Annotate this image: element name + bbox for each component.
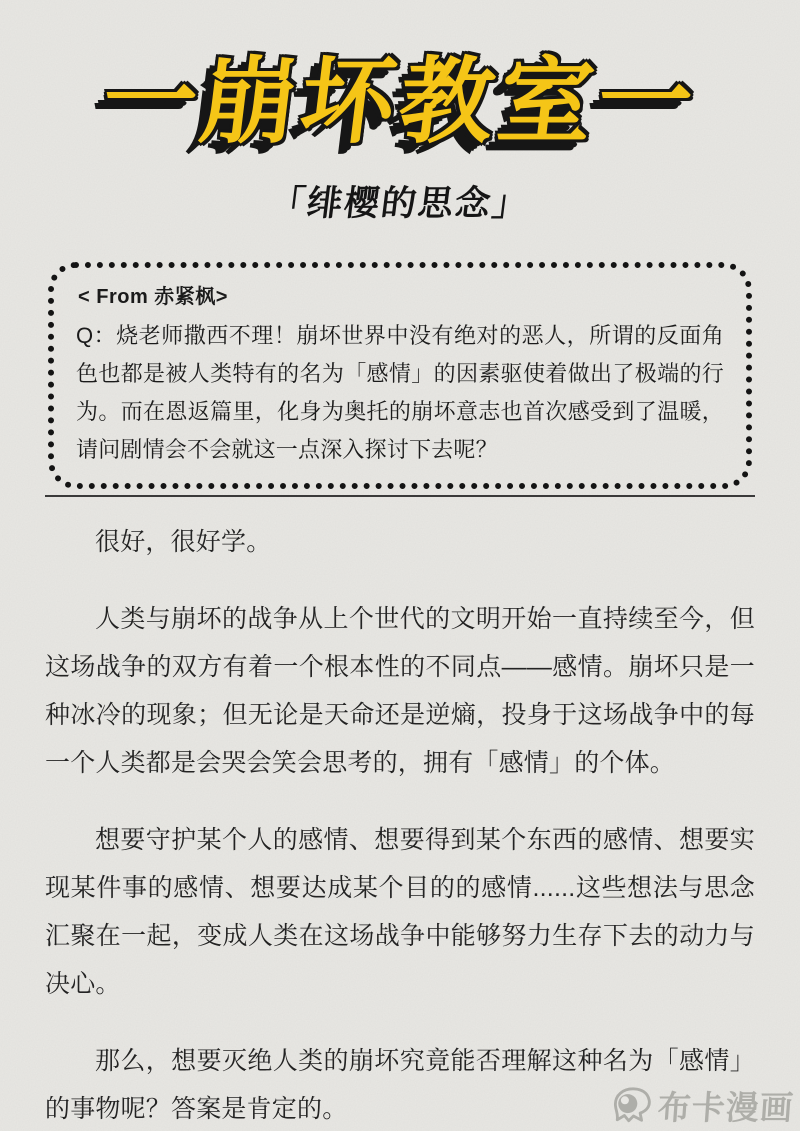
watermark: 布卡漫画 — [612, 1082, 794, 1129]
page-subtitle: 「绯樱的思念」 — [0, 176, 800, 226]
question-box: < From 赤紧枫> Q：烧老师撒西不理！崩坏世界中没有绝对的恶人，所谓的反面… — [48, 262, 752, 489]
question-text: Q：烧老师撒西不理！崩坏世界中没有绝对的恶人，所谓的反面角色也都是被人类特有的名… — [76, 317, 724, 469]
answer-paragraph: 想要守护某个人的感情、想要得到某个东西的感情、想要实现某件事的感情、想要达成某个… — [45, 816, 755, 1008]
watermark-text: 布卡漫画 — [656, 1082, 795, 1129]
section-divider — [45, 495, 755, 497]
question-from-label: < From 赤紧枫> — [78, 280, 724, 309]
buka-mascot-icon — [612, 1086, 654, 1126]
answer-paragraph: 人类与崩坏的战争从上个世代的文明开始一直持续至今，但这场战争的双方有着一个根本性… — [45, 595, 755, 787]
comic-page: 一崩坏教室一 「绯樱的思念」 < From 赤紧枫> Q：烧老师撒西不理！崩坏世… — [0, 0, 800, 1131]
answer-paragraph: 很好，很好学。 — [45, 518, 755, 566]
page-content: 一崩坏教室一 「绯樱的思念」 < From 赤紧枫> Q：烧老师撒西不理！崩坏世… — [0, 0, 800, 1131]
answer-body: 很好，很好学。 人类与崩坏的战争从上个世代的文明开始一直持续至今，但这场战争的双… — [45, 518, 755, 1131]
page-title: 一崩坏教室一 — [0, 48, 800, 156]
